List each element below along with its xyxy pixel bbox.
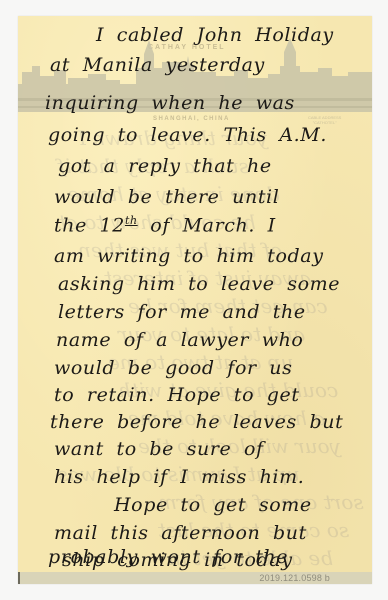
- letter-line: want to be sure of: [54, 438, 264, 460]
- letter-line: am writing to him today: [54, 245, 324, 267]
- letter-line: at Manila yesterday: [50, 54, 265, 76]
- letter-line: inquiring when he was: [45, 92, 295, 114]
- handwritten-body: I cabled John Holiday at Manila yesterda…: [18, 16, 372, 584]
- letter-line: his help if I miss him.: [54, 466, 304, 488]
- letter-line: would be good for us: [54, 357, 293, 379]
- letter-line: mail this afternoon but: [54, 522, 307, 544]
- letter-line: ship coming in today: [62, 549, 293, 571]
- letter-line: I cabled John Holiday: [96, 24, 334, 46]
- letter-line: got a reply that he: [58, 155, 272, 177]
- letter-line-date: the 12th of March. I: [54, 214, 276, 236]
- letter-line: going to leave. This A.M.: [48, 124, 327, 146]
- date-text: the 12: [54, 214, 125, 236]
- letter-line: Hope to get some: [114, 494, 312, 516]
- letter-line: there before he leaves but: [50, 411, 343, 433]
- letter-page: CATHAY HOTEL: [18, 16, 372, 584]
- archival-label-band: 2019.121.0598 b: [18, 572, 372, 584]
- catalog-number: 2019.121.0598 b: [259, 572, 330, 584]
- letter-line: name of a lawyer who: [56, 329, 303, 351]
- date-ordinal: th: [125, 214, 138, 227]
- letter-line: to retain. Hope to get: [54, 384, 300, 406]
- letter-line: asking him to leave some: [58, 273, 340, 295]
- letter-line: letters for me and the: [58, 301, 306, 323]
- letter-line: would be there until: [54, 186, 279, 208]
- date-month-text: of March. I: [138, 214, 276, 236]
